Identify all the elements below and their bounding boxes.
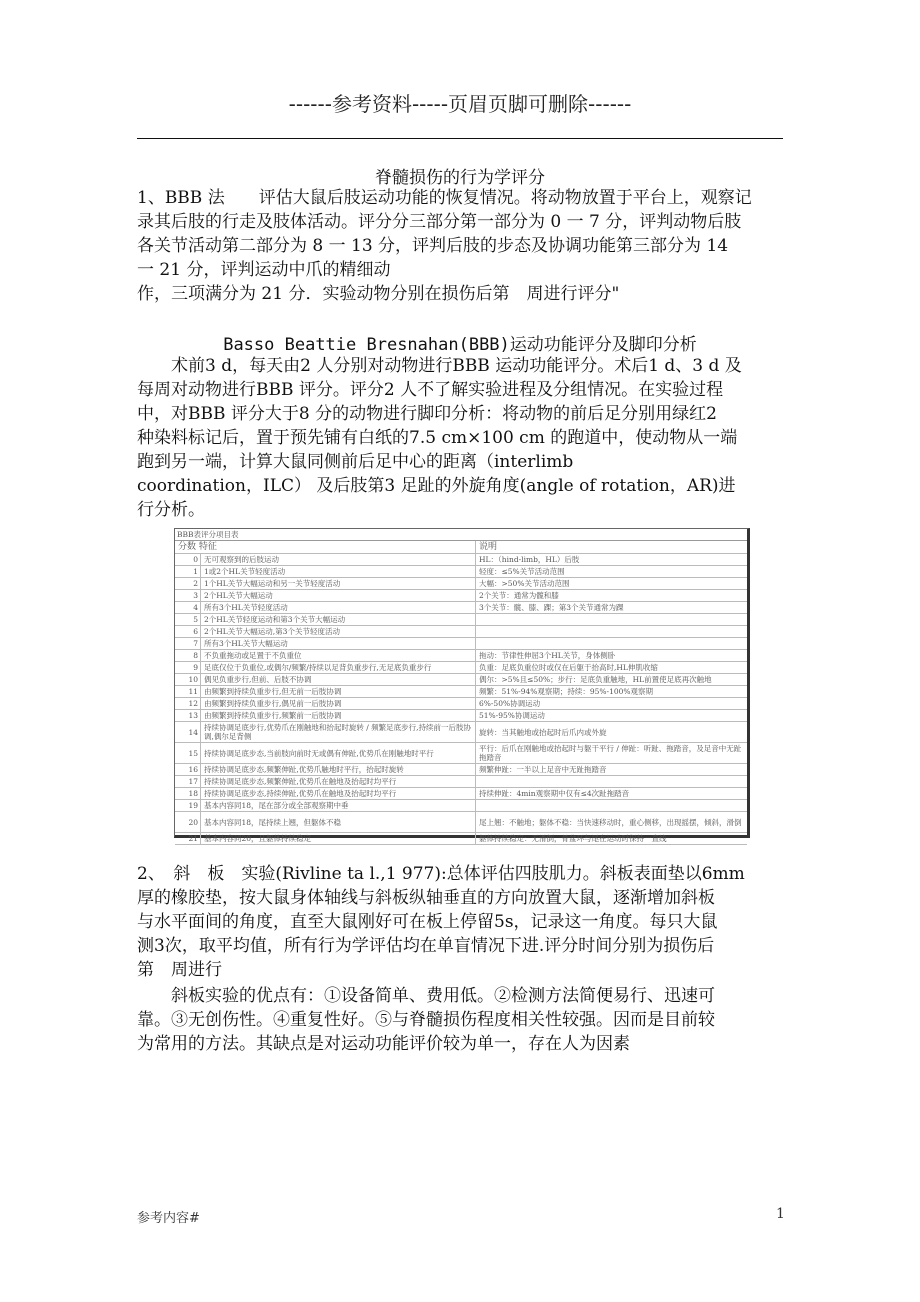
description-cell: 偶尔：>5%且≤50%；步行：足底负重触地，HL前置使足底再次触地 (476, 674, 748, 686)
score-cell: 13 (175, 710, 201, 722)
feature-cell: 持续协调足底步态,当前肢向前时无或偶有伸趾,优势爪在刚触地时平行 (201, 743, 476, 764)
feature-cell: 持续协调足底步态,持续伸趾,优势爪在触地及抬起时均平行 (201, 788, 476, 800)
document-page: ------参考资料-----页眉页脚可删除------ 脊髓损伤的行为学评分 … (0, 0, 920, 1302)
description-cell: HL：（hind-limb，HL）后肢 (476, 554, 748, 566)
feature-cell: 所有3个HL关节大幅运动 (201, 638, 476, 650)
feature-cell: 偶见负重步行,但前、后肢不协调 (201, 674, 476, 686)
feature-cell: 所有3个HL关节轻度活动 (201, 602, 476, 614)
description-cell: 频繁伸趾：一半以上足音中无趾拖踏音 (476, 764, 748, 776)
table-row: 8不负重拖动或足置于不负重位拖动：节律性伸屈3个HL关节，身体侧卧 (175, 650, 747, 662)
score-cell: 5 (175, 614, 201, 626)
description-cell: 持续伸趾：4min观察期中仅有≤4次趾拖踏音 (476, 788, 748, 800)
paragraph-line: 录其后肢的行走及肢体活动。评分分三部分第一部分为 0 一 7 分，评判动物后肢 (137, 210, 783, 234)
paragraph-line: 中，对BBB 评分大于8 分的动物进行脚印分析：将动物的前后足分别用绿红2 (137, 402, 783, 426)
score-cell: 8 (175, 650, 201, 662)
section-incline-advantages: 斜板实验的优点有：①设备简单、费用低。②检测方法简便易行、迅速可 靠。③无创伤性… (137, 984, 783, 1056)
bbb-score-table-image: BBB表评分项目表 分数 特征 说明 0无可观察到的后肢运动HL：（hind-l… (174, 528, 750, 838)
table-row: 18持续协调足底步态,持续伸趾,优势爪在触地及抬起时均平行持续伸趾：4min观察… (175, 788, 747, 800)
description-cell: 6%-50%协调运动 (476, 698, 748, 710)
description-cell: 负重：足底负重位时或仅在后躯于抬高时,HL伸肌收缩 (476, 662, 748, 674)
feature-cell: 由频繁到持续负重步行,频繁前一后肢协调 (201, 710, 476, 722)
score-cell: 17 (175, 776, 201, 788)
paragraph-line: 跑到另一端，计算大鼠同侧前后足中心的距离（interlimb (137, 450, 783, 474)
page-number: 1 (776, 1206, 785, 1222)
table-row: 11由频繁到持续负重步行,但无前一后肢协调频繁：51%-94%观察期；持续：95… (175, 686, 747, 698)
description-cell: 拖动：节律性伸屈3个HL关节，身体侧卧 (476, 650, 748, 662)
paragraph-line: coordination，ILC） 及后肢第3 足趾的外旋角度(angle of… (137, 474, 783, 498)
bbb-score-table: 分数 特征 说明 0无可观察到的后肢运动HL：（hind-limb，HL）后肢1… (175, 541, 747, 845)
paragraph-line: 测3次，取平均值，所有行为学评估均在单盲情况下进.评分时间分别为损伤后 (137, 934, 783, 958)
table-row: 7所有3个HL关节大幅运动 (175, 638, 747, 650)
table-row: 21基本内容同20，且躯体持续稳定躯体持续稳定：无滑倒，骨盆环与尾在运动时保持一… (175, 833, 747, 845)
feature-cell: 持续协调足底步态,频繁伸趾,优势爪触地时平行，抬起时旋转 (201, 764, 476, 776)
description-cell: 3个关节：髋、膝、踝；第3个关节通常为踝 (476, 602, 748, 614)
section-bbb-footprint: 术前3 d，每天由2 人分别对动物进行BBB 运动功能评分。术后1 d、3 d … (137, 354, 783, 522)
section-incline-plane: 2、 斜 板 实验(Rivline ta l.,1 977):总体评估四肢肌力。… (137, 862, 783, 982)
description-cell (476, 638, 748, 650)
header-divider (137, 138, 783, 139)
feature-cell: 1个HL关节大幅运动和另一关节轻度活动 (201, 578, 476, 590)
paragraph-line: 一 21 分，评判运动中爪的精细动 (137, 258, 783, 282)
section-heading-bbb: Basso Beattie Bresnahan(BBB)运动功能评分及脚印分析 (137, 330, 783, 355)
table-header-row: 分数 特征 说明 (175, 541, 747, 554)
feature-cell: 不负重拖动或足置于不负重位 (201, 650, 476, 662)
feature-cell: 基本内容同20，且躯体持续稳定 (201, 833, 476, 845)
score-cell: 1 (175, 566, 201, 578)
table-caption: BBB表评分项目表 (175, 529, 747, 541)
feature-cell: 2个HL关节大幅运动,第3个关节轻度活动 (201, 626, 476, 638)
table-row: 13由频繁到持续负重步行,频繁前一后肢协调51%-95%协调运动 (175, 710, 747, 722)
description-cell: 频繁：51%-94%观察期；持续：95%-100%观察期 (476, 686, 748, 698)
header-score-feature: 分数 特征 (175, 541, 476, 554)
score-cell: 21 (175, 833, 201, 845)
score-cell: 11 (175, 686, 201, 698)
description-cell: 躯体持续稳定：无滑倒，骨盆环与尾在运动时保持一直线 (476, 833, 748, 845)
page-header: ------参考资料-----页眉页脚可删除------ (137, 88, 783, 117)
page-footer-text: 参考内容# (137, 1207, 200, 1226)
paragraph-line: 与水平面间的角度，直至大鼠刚好可在板上停留5s，记录这一角度。每只大鼠 (137, 910, 783, 934)
feature-cell: 由频繁到持续负重步行,偶见前一后肢协调 (201, 698, 476, 710)
header-description: 说明 (476, 541, 748, 554)
score-cell: 20 (175, 812, 201, 833)
description-cell: 旋转：当其触地或抬起时后爪内或外旋 (476, 722, 748, 743)
score-cell: 2 (175, 578, 201, 590)
paragraph-line: 术前3 d，每天由2 人分别对动物进行BBB 运动功能评分。术后1 d、3 d … (137, 354, 783, 378)
score-cell: 6 (175, 626, 201, 638)
score-cell: 15 (175, 743, 201, 764)
description-cell (476, 626, 748, 638)
description-cell (476, 614, 748, 626)
paragraph-line: 厚的橡胶垫，按大鼠身体轴线与斜板纵轴垂直的方向放置大鼠，逐渐增加斜板 (137, 886, 783, 910)
table-row: 16持续协调足底步态,频繁伸趾,优势爪触地时平行，抬起时旋转频繁伸趾：一半以上足… (175, 764, 747, 776)
score-cell: 10 (175, 674, 201, 686)
paragraph-line: 第 周进行 (137, 958, 783, 982)
score-cell: 4 (175, 602, 201, 614)
score-cell: 7 (175, 638, 201, 650)
score-cell: 3 (175, 590, 201, 602)
table-row: 62个HL关节大幅运动,第3个关节轻度活动 (175, 626, 747, 638)
table-row: 32个HL关节大幅运动2个关节：通常为髋和膝 (175, 590, 747, 602)
feature-cell: 持续协调足底步态,频繁伸趾,优势爪在触地及抬起时均平行 (201, 776, 476, 788)
feature-cell: 2个HL关节大幅运动 (201, 590, 476, 602)
feature-cell: 无可观察到的后肢运动 (201, 554, 476, 566)
table-row: 20基本内容同18，尾持续上翘，但躯体不稳尾上翘：不触地；躯体不稳：当快速移动时… (175, 812, 747, 833)
paragraph-line: 行分析。 (137, 498, 783, 522)
paragraph-line: 种染料标记后，置于预先铺有白纸的7.5 cm×100 cm 的跑道中，使动物从一… (137, 426, 783, 450)
table-row: 4所有3个HL关节轻度活动3个关节：髋、膝、踝；第3个关节通常为踝 (175, 602, 747, 614)
description-cell: 大幅：>50%关节活动范围 (476, 578, 748, 590)
score-cell: 19 (175, 800, 201, 812)
table-row: 0无可观察到的后肢运动HL：（hind-limb，HL）后肢 (175, 554, 747, 566)
table-row: 14持续协调足底步行,优势爪在刚触地和抬起时旋转 / 频繁足底步行,持续前一后肢… (175, 722, 747, 743)
paragraph-line: 各关节活动第二部分为 8 一 13 分，评判后肢的步态及协调功能第三部分为 14 (137, 234, 783, 258)
feature-cell: 由频繁到持续负重步行,但无前一后肢协调 (201, 686, 476, 698)
feature-cell: 持续协调足底步行,优势爪在刚触地和抬起时旋转 / 频繁足底步行,持续前一后肢协调… (201, 722, 476, 743)
table-row: 15持续协调足底步态,当前肢向前时无或偶有伸趾,优势爪在刚触地时平行平行：后爪在… (175, 743, 747, 764)
table-row: 19基本内容同18，尾在部分或全部观察期中垂 (175, 800, 747, 812)
paragraph-line: 为常用的方法。其缺点是对运动功能评价较为单一，存在人为因素 (137, 1032, 783, 1056)
description-cell: 2个关节：通常为髋和膝 (476, 590, 748, 602)
description-cell: 平行：后爪在刚触地或抬起时与躯干平行 / 伸趾：听趾、拖踏音，及足音中无趾拖踏音 (476, 743, 748, 764)
feature-cell: 基本内容同18，尾持续上翘，但躯体不稳 (201, 812, 476, 833)
score-cell: 9 (175, 662, 201, 674)
description-cell: 尾上翘：不触地；躯体不稳：当快速移动时，重心侧移，出现摇摆，倾斜，滑倒 (476, 812, 748, 833)
paragraph-line: 靠。③无创伤性。④重复性好。⑤与脊髓损伤程度相关性较强。因而是目前较 (137, 1008, 783, 1032)
table-row: 11或2个HL关节轻度活动轻度：≤5%关节活动范围 (175, 566, 747, 578)
paragraph-line: 作，三项满分为 21 分．实验动物分别在损伤后第 周进行评分" (137, 282, 783, 306)
score-cell: 0 (175, 554, 201, 566)
description-cell: 轻度：≤5%关节活动范围 (476, 566, 748, 578)
score-cell: 16 (175, 764, 201, 776)
paragraph-line: 每周对动物进行BBB 评分。评分2 人不了解实验进程及分组情况。在实验过程 (137, 378, 783, 402)
score-cell: 18 (175, 788, 201, 800)
description-cell (476, 776, 748, 788)
feature-cell: 2个HL关节轻度运动和第3个关节大幅运动 (201, 614, 476, 626)
table-row: 10偶见负重步行,但前、后肢不协调偶尔：>5%且≤50%；步行：足底负重触地，H… (175, 674, 747, 686)
paragraph-line: 斜板实验的优点有：①设备简单、费用低。②检测方法简便易行、迅速可 (137, 984, 783, 1008)
paragraph-line: 2、 斜 板 实验(Rivline ta l.,1 977):总体评估四肢肌力。… (137, 862, 783, 886)
description-cell (476, 800, 748, 812)
description-cell: 51%-95%协调运动 (476, 710, 748, 722)
document-title: 脊髓损伤的行为学评分 (137, 163, 783, 188)
table-row: 12由频繁到持续负重步行,偶见前一后肢协调6%-50%协调运动 (175, 698, 747, 710)
feature-cell: 1或2个HL关节轻度活动 (201, 566, 476, 578)
paragraph-line: 1、BBB 法 评估大鼠后肢运动功能的恢复情况。将动物放置于平台上，观察记 (137, 186, 783, 210)
feature-cell: 足底仅位于负重位,或偶尔/频繁/持续以足背负重步行,无足底负重步行 (201, 662, 476, 674)
table-row: 21个HL关节大幅运动和另一关节轻度活动大幅：>50%关节活动范围 (175, 578, 747, 590)
table-row: 52个HL关节轻度运动和第3个关节大幅运动 (175, 614, 747, 626)
table-row: 17持续协调足底步态,频繁伸趾,优势爪在触地及抬起时均平行 (175, 776, 747, 788)
section-bbb-method: 1、BBB 法 评估大鼠后肢运动功能的恢复情况。将动物放置于平台上，观察记 录其… (137, 186, 783, 306)
table-row: 9足底仅位于负重位,或偶尔/频繁/持续以足背负重步行,无足底负重步行负重：足底负… (175, 662, 747, 674)
feature-cell: 基本内容同18，尾在部分或全部观察期中垂 (201, 800, 476, 812)
score-cell: 14 (175, 722, 201, 743)
score-cell: 12 (175, 698, 201, 710)
